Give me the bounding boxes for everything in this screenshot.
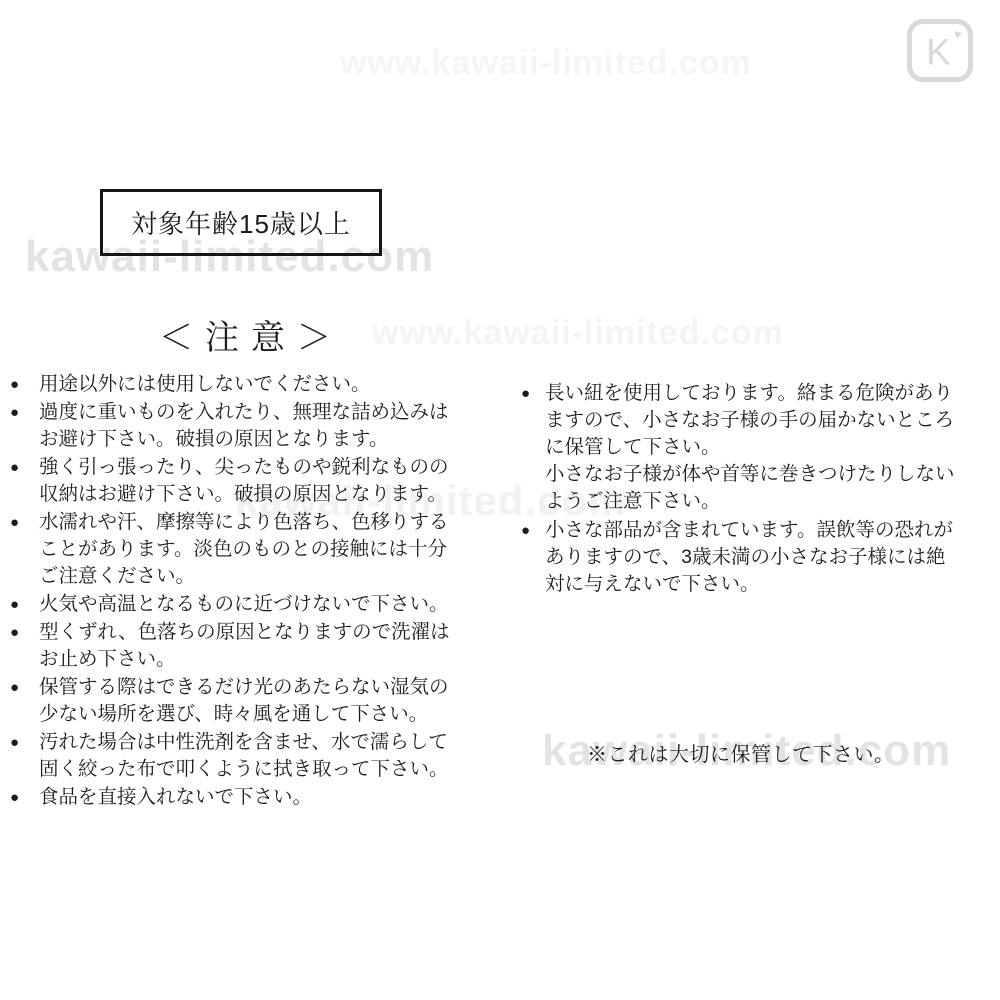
bullet-icon: ● — [10, 619, 19, 646]
warning-item: ● 強く引っ張ったり、尖ったものや鋭利なものの収納はお避け下さい。破損の原因とな… — [10, 454, 456, 508]
warning-item: ● 長い紐を使用しております。絡まる危険がありますので、小さなお子様の手の届かな… — [521, 380, 962, 515]
warning-item: ● 過度に重いものを入れたり、無理な詰め込みはお避け下さい。破損の原因となります… — [10, 399, 456, 453]
bullet-icon: ● — [10, 784, 19, 811]
bullet-icon: ● — [521, 517, 530, 544]
warning-text: 型くずれ、色落ちの原因となりますので洗濯はお止め下さい。 — [39, 621, 450, 670]
bullet-icon: ● — [10, 454, 19, 481]
warning-item: ● 用途以外には使用しないでください。 — [10, 371, 456, 398]
target-age-text: 対象年齢15歳以上 — [131, 209, 351, 239]
heart-icon: ♥ — [953, 26, 964, 42]
bullet-icon: ● — [10, 591, 19, 618]
warnings-list-right: ● 長い紐を使用しております。絡まる危険がありますので、小さなお子様の手の届かな… — [521, 380, 962, 598]
kawaii-limited-logo: K ♥ — [907, 19, 973, 82]
warnings-column-right: ● 長い紐を使用しております。絡まる危険がありますので、小さなお子様の手の届かな… — [521, 380, 962, 600]
warning-item: ● 水濡れや汗、摩擦等により色落ち、色移りすることがあります。淡色のものとの接触… — [10, 509, 456, 590]
warning-text: 保管する際はできるだけ光のあたらない湿気の少ない場所を選び、時々風を通して下さい… — [39, 676, 449, 725]
warnings-column-left: ● 用途以外には使用しないでください。 ● 過度に重いものを入れたり、無理な詰め… — [10, 371, 456, 812]
bullet-icon: ● — [10, 729, 19, 756]
warning-text: 水濡れや汗、摩擦等により色落ち、色移りすることがあります。淡色のものとの接触には… — [39, 511, 449, 587]
warning-item: ● 型くずれ、色落ちの原因となりますので洗濯はお止め下さい。 — [10, 619, 456, 673]
warning-text: 用途以外には使用しないでください。 — [39, 373, 371, 395]
care-label-page: www.kawaii-limited.com kawaii-limited.co… — [0, 0, 1000, 1000]
warnings-list-left: ● 用途以外には使用しないでください。 ● 過度に重いものを入れたり、無理な詰め… — [10, 371, 456, 811]
warning-text: 長い紐を使用しております。絡まる危険がありますので、小さなお子様の手の届かないと… — [545, 382, 955, 512]
bullet-icon: ● — [10, 399, 19, 426]
warning-text: 汚れた場合は中性洗剤を含ませ、水で濡らして固く絞った布で叩くように拭き取って下さ… — [39, 731, 449, 780]
warning-text: 食品を直接入れないで下さい。 — [39, 786, 312, 808]
bullet-icon: ● — [10, 509, 19, 536]
caution-heading: ＜注意＞ — [95, 310, 395, 359]
warning-item: ● 火気や高温となるものに近づけないで下さい。 — [10, 591, 456, 618]
bullet-icon: ● — [10, 371, 19, 398]
watermark-text: www.kawaii-limited.com — [372, 314, 784, 353]
warning-text: 過度に重いものを入れたり、無理な詰め込みはお避け下さい。破損の原因となります。 — [39, 401, 449, 450]
warning-item: ● 小さな部品が含まれています。誤飲等の恐れがありますので、3歳未満の小さなお子… — [521, 517, 962, 598]
watermark-text: www.kawaii-limited.com — [340, 44, 752, 83]
warning-text: 強く引っ張ったり、尖ったものや鋭利なものの収納はお避け下さい。破損の原因となりま… — [39, 456, 449, 505]
target-age-box: 対象年齢15歳以上 — [100, 189, 382, 256]
warning-item: ● 保管する際はできるだけ光のあたらない湿気の少ない場所を選び、時々風を通して下… — [10, 674, 456, 728]
warning-text: 小さな部品が含まれています。誤飲等の恐れがありますので、3歳未満の小さなお子様に… — [545, 519, 953, 595]
warning-item: ● 汚れた場合は中性洗剤を含ませ、水で濡らして固く絞った布で叩くように拭き取って… — [10, 729, 456, 783]
bullet-icon: ● — [10, 674, 19, 701]
warning-item: ● 食品を直接入れないで下さい。 — [10, 784, 456, 811]
bullet-icon: ● — [521, 380, 530, 407]
keep-safe-note: ※これは大切に保管して下さい。 — [587, 738, 895, 767]
warning-text: 火気や高温となるものに近づけないで下さい。 — [39, 593, 449, 615]
logo-letter: K — [926, 31, 951, 73]
